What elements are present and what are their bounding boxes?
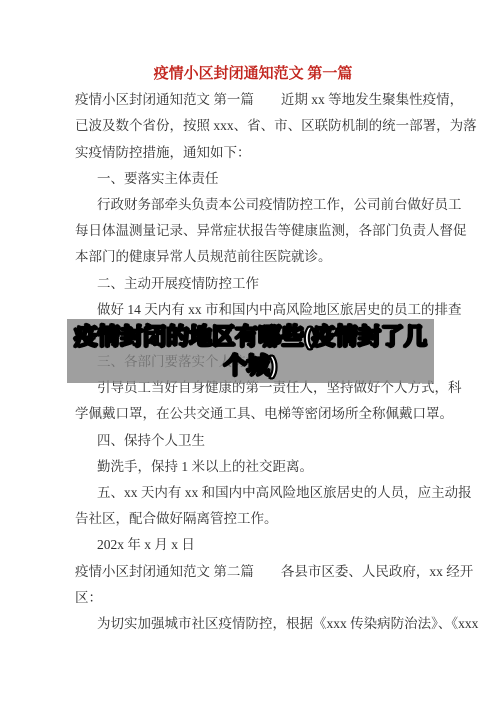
document-line: 已波及数个省份，按照 xxx、省、市、区联防机制的统一部署，为落 bbox=[75, 113, 431, 139]
document-line: 学佩戴口罩，在公共交通工具、电梯等密闭场所全称佩戴口罩。 bbox=[75, 401, 431, 427]
document-line: 疫情小区封闭通知范文 第二篇 各县市区委、人民政府，xx 经开 bbox=[75, 559, 431, 585]
document-line: 五、xx 天内有 xx 和国内中高风险地区旅居史的人员，应主动报 bbox=[75, 480, 431, 506]
document-section-heading: 四、保持个人卫生 bbox=[75, 428, 431, 454]
document-line: 告社区，配合做好隔离管控工作。 bbox=[75, 506, 431, 532]
document-line: 区： bbox=[75, 585, 431, 611]
watermark-title-banner: 疫情封闭的地区有哪些(疫情封了几 个城) bbox=[67, 319, 434, 383]
article-page: 疫情小区封闭通知范文 第一篇 疫情小区封闭通知范文 第一篇 近期 xx 等地发生… bbox=[0, 0, 500, 706]
document-line: 实疫情防控措施，通知如下： bbox=[75, 140, 431, 166]
watermark-title-line2: 个城) bbox=[224, 352, 278, 378]
document-section-heading: 二、主动开展疫情防控工作 bbox=[75, 271, 431, 297]
document-line: 疫情小区封闭通知范文 第一篇 近期 xx 等地发生聚集性疫情， bbox=[75, 87, 431, 113]
document-red-heading: 疫情小区封闭通知范文 第一篇 bbox=[75, 61, 431, 87]
document-line: 为切实加强城市社区疫情防控，根据《xxx 传染病防治法》、《xxx bbox=[75, 611, 431, 637]
watermark-title-text: 疫情封闭的地区有哪些(疫情封了几 个城) bbox=[74, 322, 427, 380]
watermark-title-line1: 疫情封闭的地区有哪些(疫情封了几 bbox=[74, 323, 427, 349]
document-line: 每日体温测量记录、异常症状报告等健康监测，各部门负责人督促 bbox=[75, 218, 431, 244]
document-date-line: 202x 年 x 月 x 日 bbox=[75, 532, 431, 558]
document-line: 行政财务部牵头负责本公司疫情防控工作，公司前台做好员工 bbox=[75, 192, 431, 218]
document-line: 勤洗手，保持 1 米以上的社交距离。 bbox=[75, 454, 431, 480]
document-line: 本部门的健康异常人员规范前往医院就诊。 bbox=[75, 244, 431, 270]
document-section-heading: 一、要落实主体责任 bbox=[75, 166, 431, 192]
